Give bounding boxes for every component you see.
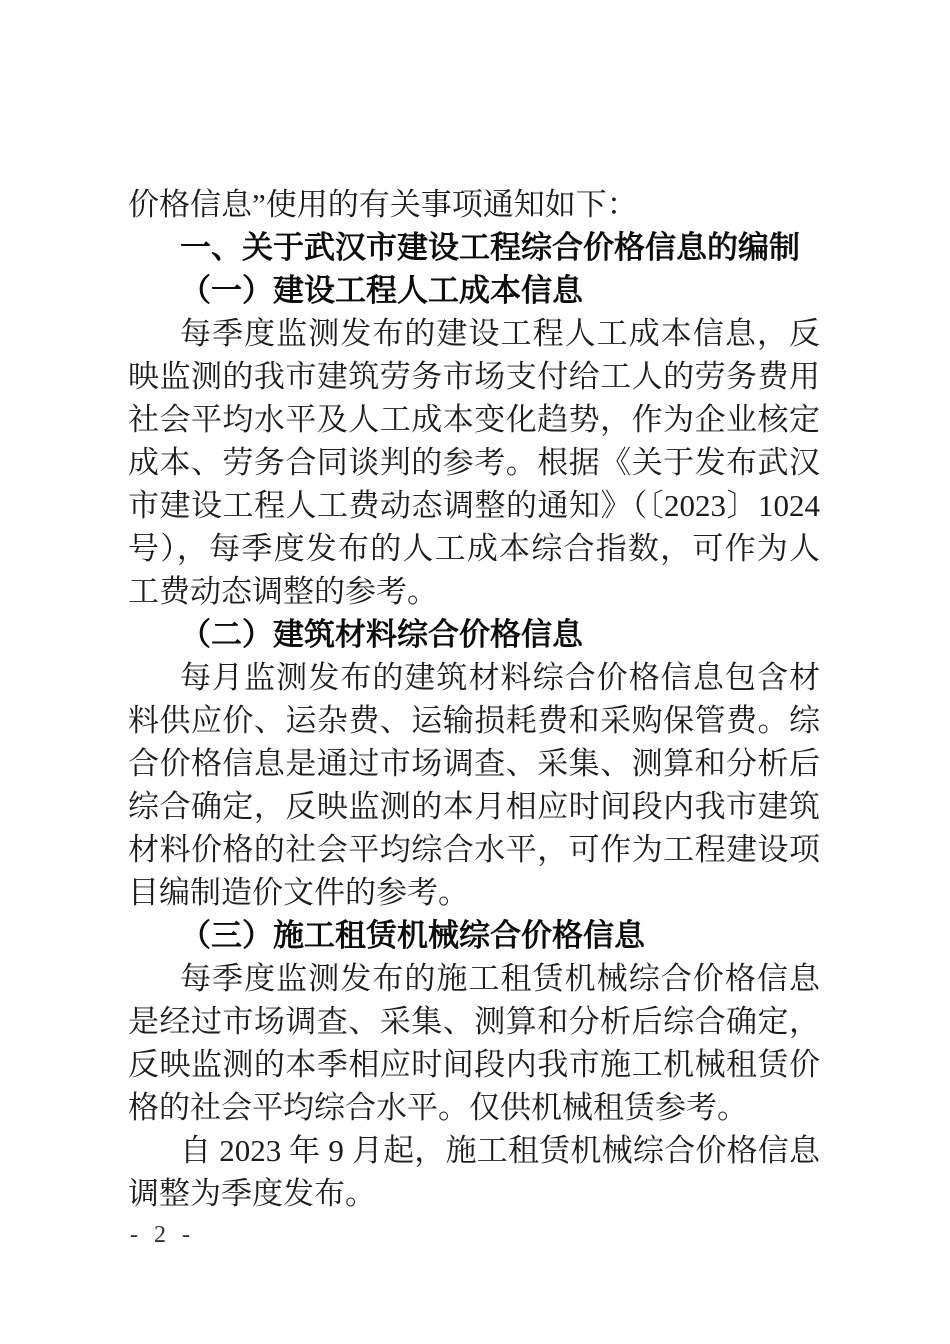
- subsection-heading-3: （三）施工租赁机械综合价格信息: [128, 914, 820, 957]
- subsection-heading-1: （一）建设工程人工成本信息: [128, 269, 820, 312]
- body-paragraph-2: 每月监测发布的建筑材料综合价格信息包含材料供应价、运杂费、运输损耗费和采购保管费…: [128, 656, 820, 914]
- continuation-paragraph: 价格信息”使用的有关事项通知如下：: [128, 183, 820, 226]
- document-body: 价格信息”使用的有关事项通知如下： 一、关于武汉市建设工程综合价格信息的编制 （…: [128, 183, 820, 1215]
- subsection-heading-2: （二）建筑材料综合价格信息: [128, 613, 820, 656]
- page-number: - 2 -: [130, 1220, 195, 1250]
- section-heading-1: 一、关于武汉市建设工程综合价格信息的编制: [128, 226, 820, 269]
- body-paragraph-3: 每季度监测发布的施工租赁机械综合价格信息是经过市场调查、采集、测算和分析后综合确…: [128, 957, 820, 1129]
- body-paragraph-4: 自 2023 年 9 月起，施工租赁机械综合价格信息调整为季度发布。: [128, 1129, 820, 1215]
- document-page: 价格信息”使用的有关事项通知如下： 一、关于武汉市建设工程综合价格信息的编制 （…: [0, 0, 950, 1344]
- body-paragraph-1: 每季度监测发布的建设工程人工成本信息，反映监测的我市建筑劳务市场支付给工人的劳务…: [128, 312, 820, 613]
